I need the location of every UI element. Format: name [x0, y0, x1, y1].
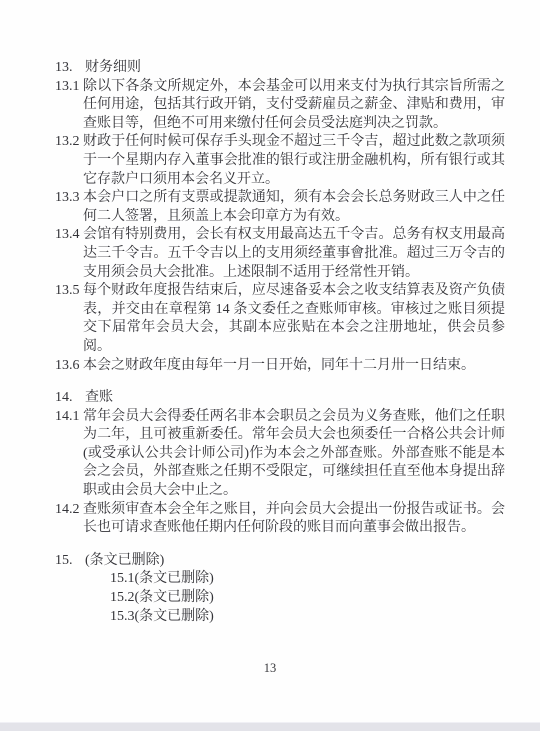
deleted-clause: 15.3(条文已删除) — [110, 608, 505, 627]
clause-number: 13.4 — [55, 226, 83, 282]
clause-text: 本会之财政年度由每年一月一日开始，同年十二月卅一日结束。 — [83, 357, 505, 376]
section-title: 查账 — [85, 389, 505, 408]
section-heading: 14. 查账 — [55, 389, 505, 408]
clause-item: 14.2 查账须审查本会全年之账目，并向会员大会提出一份报告或证书。会长也可请求… — [55, 501, 505, 538]
document-content: 13. 财务细则 13.1 除以下各条文所规定外，本会基金可以用来支付为执行其宗… — [55, 59, 505, 626]
document-page: 13. 财务细则 13.1 除以下各条文所规定外，本会基金可以用来支付为执行其宗… — [0, 0, 540, 731]
clause-text: 每个财政年度报告结束后，应尽速备妥本会之收支结算表及资产负债表，并交由在章程第 … — [83, 282, 505, 356]
clause-number: 13.5 — [55, 282, 83, 356]
section-deleted: 15. (条文已删除) 15.1(条文已删除) 15.2(条文已删除) 15.3… — [55, 552, 505, 626]
page-bottom-edge — [0, 722, 540, 731]
deleted-clause: 15.2(条文已删除) — [110, 589, 505, 608]
section-audit: 14. 查账 14.1 常年会员大会得委任两名非本会职员之会员为义务查账，他们之… — [55, 389, 505, 538]
clause-item: 13.3 本会户口之所有支票或提款通知，须有本会会长总务财政三人中之任何二人签署… — [55, 189, 505, 226]
section-title: 财务细则 — [85, 59, 505, 78]
clause-number: 14.2 — [55, 501, 83, 538]
clause-text: 会馆有特别费用，会长有权支用最高达五千令吉。总务有权支用最高达三千令吉。五千令吉… — [83, 226, 505, 282]
clause-number: 13.2 — [55, 133, 83, 189]
section-heading: 15. (条文已删除) — [55, 552, 505, 571]
clause-text: 财政于任何时候可保存手头现金不超过三千令吉，超过此数之款项须于一个星期内存入董事… — [83, 133, 505, 189]
deleted-clause: 15.1(条文已删除) — [110, 570, 505, 589]
clause-number: 13.1 — [55, 78, 83, 134]
clause-item: 13.2 财政于任何时候可保存手头现金不超过三千令吉，超过此数之款项须于一个星期… — [55, 133, 505, 189]
clause-text: 本会户口之所有支票或提款通知，须有本会会长总务财政三人中之任何二人签署，且须盖上… — [83, 189, 505, 226]
clause-number: 13.3 — [55, 189, 83, 226]
clause-text: 查账须审查本会全年之账目，并向会员大会提出一份报告或证书。会长也可请求查账他任期… — [83, 501, 505, 538]
section-number: 13. — [55, 59, 85, 78]
clause-item: 13.6 本会之财政年度由每年一月一日开始，同年十二月卅一日结束。 — [55, 357, 505, 376]
page-number: 13 — [0, 661, 540, 676]
clause-number: 14.1 — [55, 408, 83, 501]
clause-number: 13.6 — [55, 357, 83, 376]
clause-item: 13.1 除以下各条文所规定外，本会基金可以用来支付为执行其宗旨所需之任何用途，… — [55, 78, 505, 134]
section-finance-rules: 13. 财务细则 13.1 除以下各条文所规定外，本会基金可以用来支付为执行其宗… — [55, 59, 505, 375]
clause-item: 13.4 会馆有特别费用，会长有权支用最高达五千令吉。总务有权支用最高达三千令吉… — [55, 226, 505, 282]
clause-text: 除以下各条文所规定外，本会基金可以用来支付为执行其宗旨所需之任何用途，包括其行政… — [83, 78, 505, 134]
clause-item: 14.1 常年会员大会得委任两名非本会职员之会员为义务查账，他们之任职为二年，且… — [55, 408, 505, 501]
clause-item: 13.5 每个财政年度报告结束后，应尽速备妥本会之收支结算表及资产负债表，并交由… — [55, 282, 505, 356]
clause-text: 常年会员大会得委任两名非本会职员之会员为义务查账，他们之任职为二年，且可被重新委… — [83, 408, 505, 501]
section-heading: 13. 财务细则 — [55, 59, 505, 78]
section-number: 14. — [55, 389, 85, 408]
section-number: 15. — [55, 552, 85, 571]
section-title: (条文已删除) — [85, 552, 505, 571]
